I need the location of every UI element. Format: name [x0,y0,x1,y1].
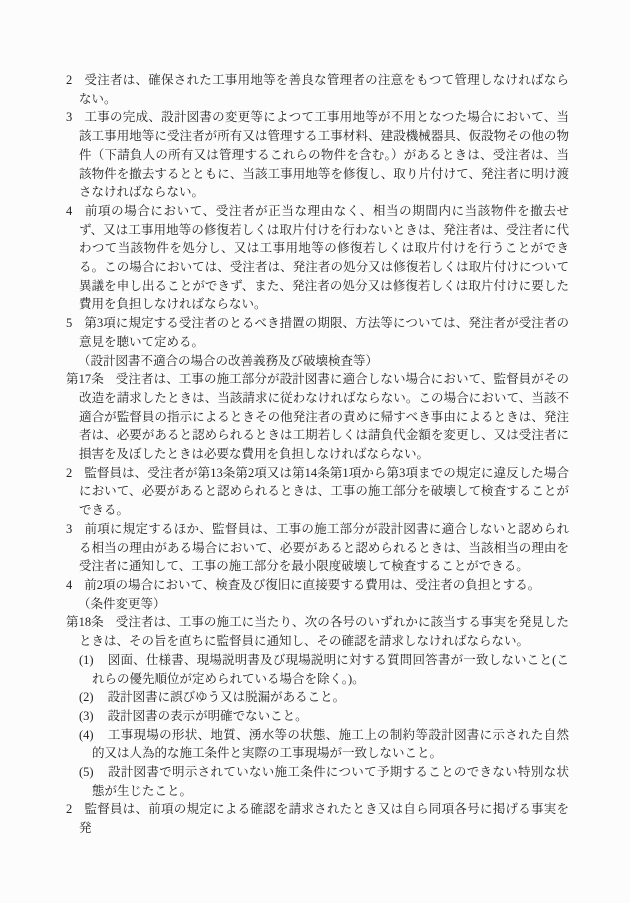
clause-text: 設計図書に誤びゆう又は脱漏があること。 [108,690,346,704]
item-number: (1) [79,653,94,667]
clause-block: 4前2項の場合において、検査及び復旧に直接要する費用は、受注者の負担とする。 [66,576,569,595]
clause-text: 設計図書の表示が明確でないこと。 [108,709,308,723]
clause-number: 3 [66,522,72,536]
contract-text-body: 2受注者は、確保された工事用地等を善良な管理者の注意をもつて管理しなければならな… [66,71,569,838]
item-block: (1)図面、仕様書、現場説明書及び現場説明に対する質問回答書が一致しないこと(こ… [79,651,569,688]
clause-block: 2受注者は、確保された工事用地等を善良な管理者の注意をもつて管理しなければならな… [66,71,569,108]
clause-block: 3工事の完成、設計図書の変更等によつて工事用地等が不用となつた場合において、当該… [66,108,569,202]
clause-number: 2 [66,73,72,87]
clause-text: 工事現場の形状、地質、湧水等の状態、施工上の制約等設計図書に示された自然的又は人… [92,728,569,761]
clause-block: 4前項の場合において、受注者が正当な理由なく、相当の期間内に当該物件を撤去せず、… [66,202,569,314]
clause-block: 3前項に規定するほか、監督員は、工事の施工部分が設計図書に適合しないと認められる… [66,520,569,576]
clause-text: 設計図書で明示されていない施工条件について予期することのできない特別な状態が生じ… [92,765,569,798]
item-block: (2)設計図書に誤びゆう又は脱漏があること。 [79,688,569,707]
heading-block: （条件変更等） [66,595,569,614]
clause-number: 2 [66,466,72,480]
clause-text: 受注者は、確保された工事用地等を善良な管理者の注意をもつて管理しなければならない… [79,73,569,106]
item-number: (3) [79,709,94,723]
clause-number: 3 [66,110,72,124]
clause-text: 監督員は、受注者が第13条第2項又は第14条第1項から第3項までの規定に違反した… [79,466,569,517]
item-number: (5) [79,765,94,779]
clause-text: 受注者は、工事の施工に当たり、次の各号のいずれかに該当する事実を発見したときは、… [79,615,569,648]
heading-block: （設計図書不適合の場合の改善義務及び破壊検査等） [66,352,569,371]
section-heading-text: （設計図書不適合の場合の改善義務及び破壊検査等） [78,354,378,368]
item-number: (4) [79,728,94,742]
clause-block: 2監督員は、受注者が第13条第2項又は第14条第1項から第3項までの規定に違反し… [66,464,569,520]
section-heading-text: （条件変更等） [78,597,166,611]
clause-number: 第17条 [66,372,104,386]
item-number: (2) [79,690,94,704]
clause-text: 前項の場合において、受注者が正当な理由なく、相当の期間内に当該物件を撤去せず、又… [79,204,569,312]
clause-number: 5 [66,316,72,330]
clause-text: 受注者は、工事の施工部分が設計図書に適合しない場合において、監督員がその改造を請… [79,372,569,461]
clause-text: 第3項に規定する受注者のとるべき措置の期限、方法等については、発注者が受注者の意… [79,316,569,349]
clause-block: 2監督員は、前項の規定による確認を請求されたとき又は自ら同項各号に掲げる事実を発 [66,800,569,837]
clause-text: 前項に規定するほか、監督員は、工事の施工部分が設計図書に適合しないと認められる相… [79,522,569,573]
clause-number: 2 [66,802,72,816]
article-block: 第18条受注者は、工事の施工に当たり、次の各号のいずれかに該当する事実を発見した… [66,613,569,650]
clause-text: 前2項の場合において、検査及び復旧に直接要する費用は、受注者の負担とする。 [84,578,540,592]
item-block: (5)設計図書で明示されていない施工条件について予期することのできない特別な状態… [79,763,569,800]
clause-number: 4 [66,204,72,218]
clause-number: 第18条 [66,615,104,629]
article-block: 第17条受注者は、工事の施工部分が設計図書に適合しない場合において、監督員がその… [66,370,569,464]
contract-document-page: 2受注者は、確保された工事用地等を善良な管理者の注意をもつて管理しなければならな… [0,0,630,903]
item-block: (4)工事現場の形状、地質、湧水等の状態、施工上の制約等設計図書に示された自然的… [79,726,569,763]
clause-text: 図面、仕様書、現場説明書及び現場説明に対する質問回答書が一致しないこと(これらの… [92,653,569,686]
clause-text: 監督員は、前項の規定による確認を請求されたとき又は自ら同項各号に掲げる事実を発 [79,802,569,835]
clause-text: 工事の完成、設計図書の変更等によつて工事用地等が不用となつた場合において、当該工… [79,110,569,199]
clause-block: 5第3項に規定する受注者のとるべき措置の期限、方法等については、発注者が受注者の… [66,314,569,351]
clause-number: 4 [66,578,72,592]
item-block: (3)設計図書の表示が明確でないこと。 [79,707,569,726]
